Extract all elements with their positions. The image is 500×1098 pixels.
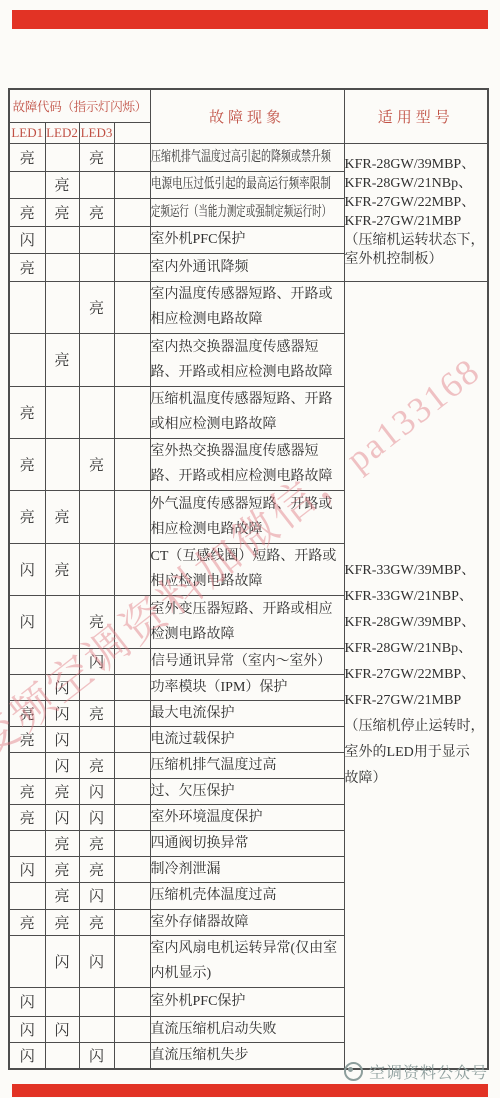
led3-cell: 亮 [79, 752, 114, 778]
bottom-red-banner [12, 1084, 488, 1097]
phenomenon-cell: CT（互感线圈）短路、开路或相应检测电路故障 [150, 543, 344, 595]
led1-cell: 亮 [9, 438, 45, 490]
phenomenon-cell: 电源电压过低引起的最高运行频率限制 [150, 171, 344, 198]
led4-cell [114, 674, 150, 700]
publisher-name: 空调资料公众号 [369, 1060, 488, 1083]
led2-cell: 闪 [45, 752, 79, 778]
led4-cell [114, 595, 150, 648]
phenomenon-cell: 室外机PFC保护 [150, 226, 344, 253]
fault-table-body: 亮亮压缩机排气温度过高引起的降频或禁升频KFR-28GW/39MBP、 KFR-… [9, 143, 488, 1069]
phenomenon-cell: 室外存储器故障 [150, 909, 344, 935]
led2-cell: 闪 [45, 700, 79, 726]
led2-cell: 亮 [45, 778, 79, 804]
led2-cell: 亮 [45, 490, 79, 543]
led4-cell [114, 778, 150, 804]
models-cell: KFR-28GW/39MBP、 KFR-28GW/21NBp、 KFR-27GW… [344, 143, 488, 281]
publisher-badge: 空调资料公众号 [344, 1060, 488, 1082]
led2-cell [45, 281, 79, 333]
led1-cell [9, 830, 45, 856]
led4-cell [114, 882, 150, 909]
led2-cell: 亮 [45, 909, 79, 935]
led1-header: LED1 [9, 122, 45, 143]
led4-cell [114, 143, 150, 171]
led3-cell [79, 490, 114, 543]
led1-cell: 闪 [9, 1016, 45, 1042]
phenomenon-cell: 最大电流保护 [150, 700, 344, 726]
led4-cell [114, 830, 150, 856]
led3-cell: 亮 [79, 700, 114, 726]
led2-cell: 亮 [45, 856, 79, 882]
led2-cell [45, 143, 79, 171]
led3-cell [79, 674, 114, 700]
led1-cell [9, 882, 45, 909]
led4-cell [114, 648, 150, 674]
phenomenon-cell: 压缩机壳体温度过高 [150, 882, 344, 909]
led3-cell: 闪 [79, 882, 114, 909]
led2-cell [45, 226, 79, 253]
led2-cell [45, 648, 79, 674]
led2-cell [45, 987, 79, 1016]
led2-cell: 亮 [45, 333, 79, 386]
led3-cell [79, 333, 114, 386]
models-cell: KFR-33GW/39MBP、 KFR-33GW/21NBP、 KFR-28GW… [344, 281, 488, 1069]
led2-cell [45, 386, 79, 438]
led3-cell: 闪 [79, 778, 114, 804]
led1-cell [9, 935, 45, 987]
led4-header [114, 122, 150, 143]
led2-cell: 闪 [45, 935, 79, 987]
led2-cell: 亮 [45, 882, 79, 909]
led4-cell [114, 171, 150, 198]
led3-cell [79, 171, 114, 198]
led3-cell: 亮 [79, 198, 114, 226]
led3-cell: 亮 [79, 143, 114, 171]
phenomenon-cell: 室外环境温度保护 [150, 804, 344, 830]
led4-cell [114, 909, 150, 935]
led3-cell: 亮 [79, 909, 114, 935]
led1-cell [9, 674, 45, 700]
phenomenon-cell: 直流压缩机启动失败 [150, 1016, 344, 1042]
led1-cell: 亮 [9, 143, 45, 171]
led1-cell: 闪 [9, 543, 45, 595]
led4-cell [114, 490, 150, 543]
led2-cell: 亮 [45, 543, 79, 595]
led1-cell: 亮 [9, 386, 45, 438]
led3-header: LED3 [79, 122, 114, 143]
led4-cell [114, 253, 150, 281]
phenomenon-cell: 室内热交换器温度传感器短路、开路或相应检测电路故障 [150, 333, 344, 386]
led1-cell [9, 333, 45, 386]
led3-cell: 亮 [79, 856, 114, 882]
led3-cell [79, 726, 114, 752]
led4-cell [114, 333, 150, 386]
top-red-banner [12, 10, 488, 29]
publisher-logo-icon [344, 1062, 363, 1081]
led2-cell [45, 595, 79, 648]
models-header: 适用型号 [344, 89, 488, 143]
led2-cell: 亮 [45, 830, 79, 856]
led1-cell [9, 281, 45, 333]
led3-cell: 闪 [79, 1042, 114, 1069]
phenomenon-cell: 室内风扇电机运转异常(仅由室内机显示) [150, 935, 344, 987]
phenomenon-cell: 室外热交换器温度传感器短路、开路或相应检测电路故障 [150, 438, 344, 490]
led4-cell [114, 804, 150, 830]
led4-cell [114, 1042, 150, 1069]
led1-cell [9, 171, 45, 198]
led3-cell: 闪 [79, 648, 114, 674]
led3-cell: 亮 [79, 830, 114, 856]
phenomenon-cell: 制冷剂泄漏 [150, 856, 344, 882]
led1-cell: 闪 [9, 226, 45, 253]
led1-cell: 亮 [9, 253, 45, 281]
scanned-document-page: 变频空调资料加微信，pa133168 故障代码（指示灯闪烁） 故障现象 适用型号… [0, 0, 500, 1098]
phenomenon-cell: 直流压缩机失步 [150, 1042, 344, 1069]
led4-cell [114, 752, 150, 778]
phenomenon-cell: 四通阀切换异常 [150, 830, 344, 856]
led4-cell [114, 1016, 150, 1042]
led3-cell [79, 226, 114, 253]
led2-cell: 闪 [45, 674, 79, 700]
led3-cell: 亮 [79, 281, 114, 333]
phenomenon-cell: 压缩机排气温度过高 [150, 752, 344, 778]
led3-cell [79, 987, 114, 1016]
header-row-1: 故障代码（指示灯闪烁） 故障现象 适用型号 [9, 89, 488, 122]
led1-cell: 亮 [9, 778, 45, 804]
led1-cell: 闪 [9, 1042, 45, 1069]
phenomenon-cell: 压缩机排气温度过高引起的降频或禁升频 [150, 143, 344, 171]
led1-cell: 闪 [9, 987, 45, 1016]
led4-cell [114, 198, 150, 226]
phenomenon-cell: 室外机PFC保护 [150, 987, 344, 1016]
led1-cell: 亮 [9, 198, 45, 226]
led1-cell: 闪 [9, 595, 45, 648]
phenomenon-cell: 功率模块（IPM）保护 [150, 674, 344, 700]
led2-cell: 闪 [45, 1016, 79, 1042]
fault-code-table: 故障代码（指示灯闪烁） 故障现象 适用型号 LED1 LED2 LED3 亮亮压… [8, 88, 489, 1070]
led2-cell: 闪 [45, 726, 79, 752]
phenomenon-cell: 电流过载保护 [150, 726, 344, 752]
led4-cell [114, 281, 150, 333]
led4-cell [114, 856, 150, 882]
led3-cell: 亮 [79, 595, 114, 648]
led4-cell [114, 726, 150, 752]
led4-cell [114, 987, 150, 1016]
led4-cell [114, 226, 150, 253]
phenomenon-header: 故障现象 [150, 89, 344, 143]
led3-cell [79, 1016, 114, 1042]
led4-cell [114, 386, 150, 438]
led1-cell: 亮 [9, 700, 45, 726]
phenomenon-cell: 压缩机温度传感器短路、开路或相应检测电路故障 [150, 386, 344, 438]
led3-cell [79, 386, 114, 438]
phenomenon-cell: 信号通讯异常（室内～室外） [150, 648, 344, 674]
led4-cell [114, 935, 150, 987]
led1-cell: 闪 [9, 856, 45, 882]
led2-cell [45, 253, 79, 281]
led1-cell: 亮 [9, 909, 45, 935]
publisher-logo-dot [348, 1067, 353, 1072]
phenomenon-cell: 过、欠压保护 [150, 778, 344, 804]
table-row: 亮室内温度传感器短路、开路或相应检测电路故障KFR-33GW/39MBP、 KF… [9, 281, 488, 333]
led2-cell [45, 1042, 79, 1069]
led1-cell [9, 648, 45, 674]
phenomenon-cell: 室内温度传感器短路、开路或相应检测电路故障 [150, 281, 344, 333]
led3-cell [79, 543, 114, 595]
table-row: 亮亮压缩机排气温度过高引起的降频或禁升频KFR-28GW/39MBP、 KFR-… [9, 143, 488, 171]
led1-cell [9, 752, 45, 778]
led1-cell: 亮 [9, 804, 45, 830]
led3-cell: 闪 [79, 804, 114, 830]
phenomenon-cell: 定频运行（当能力测定或强制定频运行时） [150, 198, 344, 226]
phenomenon-cell: 室内外通讯降频 [150, 253, 344, 281]
led3-cell [79, 253, 114, 281]
led3-cell: 闪 [79, 935, 114, 987]
led2-cell [45, 438, 79, 490]
led1-cell: 亮 [9, 490, 45, 543]
led2-header: LED2 [45, 122, 79, 143]
led4-cell [114, 543, 150, 595]
fault-code-header: 故障代码（指示灯闪烁） [9, 89, 150, 122]
phenomenon-cell: 外气温度传感器短路、开路或相应检测电路故障 [150, 490, 344, 543]
led2-cell: 亮 [45, 171, 79, 198]
led4-cell [114, 700, 150, 726]
led2-cell: 闪 [45, 804, 79, 830]
led2-cell: 亮 [45, 198, 79, 226]
phenomenon-cell: 室外变压器短路、开路或相应检测电路故障 [150, 595, 344, 648]
led3-cell: 亮 [79, 438, 114, 490]
led4-cell [114, 438, 150, 490]
led1-cell: 亮 [9, 726, 45, 752]
